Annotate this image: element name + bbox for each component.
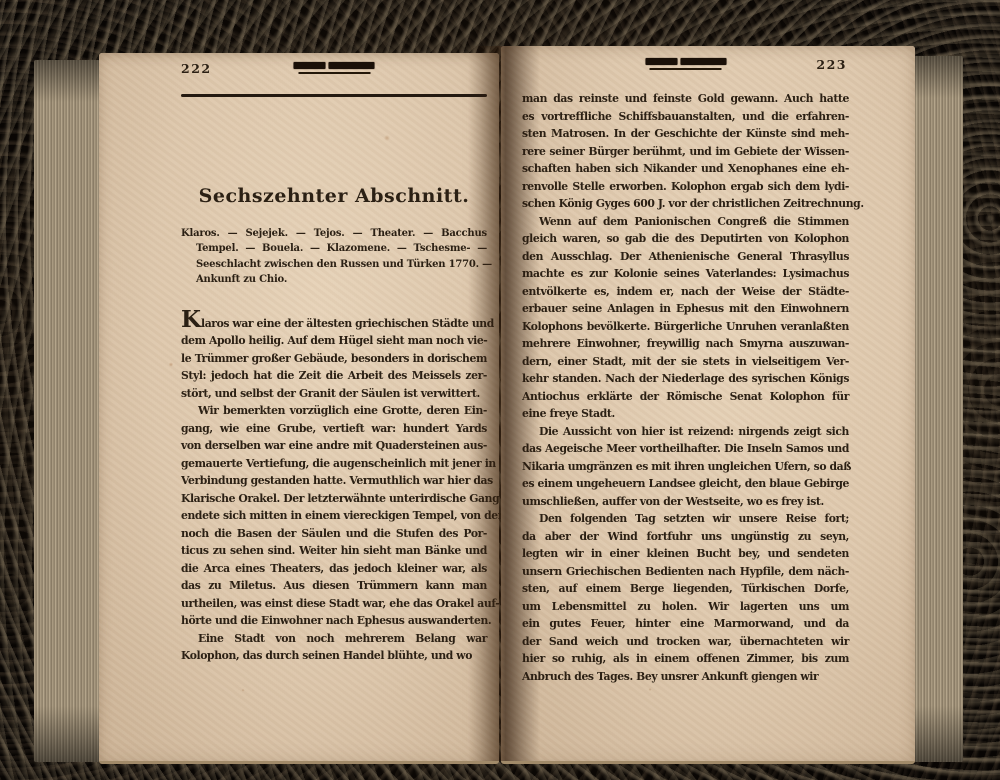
text-line: urtheilen, was einst diese Stadt war, eh…	[181, 595, 487, 613]
text-line: Wir bemerkten vorzüglich eine Grotte, de…	[181, 402, 487, 420]
text-line: von derselben war eine andre mit Quaders…	[181, 437, 487, 455]
running-head-redaction	[645, 58, 726, 70]
text-line: noch die Basen der Säulen und die Stufen…	[181, 525, 487, 543]
text-line: man das reinste und feinste Gold gewann.…	[522, 90, 849, 108]
text-line: unsern Griechischen Bedienten nach Hypfi…	[522, 563, 849, 581]
text-line: Anbruch des Tages. Bey unsrer Ankunft gi…	[522, 668, 849, 686]
text-line: legten wir in einer kleinen Bucht bey, u…	[522, 545, 849, 563]
text-line: hörte und die Einwohner nach Ephesus aus…	[181, 612, 487, 630]
text-line: le Trümmer großer Gebäude, besonders in …	[181, 350, 487, 368]
text-line: schaften haben sich Nikander und Xenopha…	[522, 160, 849, 178]
text-line: es vortreffliche Schiffsbauanstalten, un…	[522, 108, 849, 126]
paragraph: Wenn auf dem Panionischen Congreß die St…	[522, 213, 849, 423]
text-line: dern, einer Stadt, mit der sie stets in …	[522, 353, 849, 371]
text-line: eine freye Stadt.	[522, 405, 849, 423]
right-page-header: 223	[522, 57, 849, 77]
redaction-bars	[645, 58, 726, 65]
text-line: die Arca eines Theaters, das jedoch klei…	[181, 560, 487, 578]
redaction-underline	[650, 68, 722, 70]
text-line: rere seiner Bürger berühmt, und im Gebie…	[522, 143, 849, 161]
paragraph: man das reinste und feinste Gold gewann.…	[522, 90, 849, 213]
text-line: gemauerte Vertiefung, die augenscheinlic…	[181, 455, 487, 473]
text-line: Klaros. — Sejejek. — Tejos. — Theater. —…	[181, 226, 487, 242]
paragraph: Den folgenden Tag setzten wir unsere Rei…	[522, 510, 849, 685]
text-line: Antiochus erklärte der Römische Senat Ko…	[522, 388, 849, 406]
text-line: hier so ruhig, als in einem offenen Zimm…	[522, 650, 849, 668]
paragraph: Wir bemerkten vorzüglich eine Grotte, de…	[181, 402, 487, 630]
text-line: um Lebensmittel zu holen. Wir lagerten u…	[522, 598, 849, 616]
text-line: Kolophons bevölkerte. Bürgerliche Unruhe…	[522, 318, 849, 336]
header-rule	[181, 94, 487, 97]
text-line: Ankunft zu Chio.	[181, 272, 487, 288]
left-page-header: 222	[181, 61, 487, 81]
text-line: Tempel. — Bouela. — Klazomene. — Tschesm…	[181, 241, 487, 257]
page-number: 223	[816, 57, 847, 72]
paragraph: Die Aussicht von hier ist reizend: nirge…	[522, 423, 849, 511]
text-line: Die Aussicht von hier ist reizend: nirge…	[522, 423, 849, 441]
text-line: gang, wie eine Grube, vertieft war: hund…	[181, 420, 487, 438]
text-line: Klarische Orakel. Der letzterwähnte unte…	[181, 490, 487, 508]
paragraph: Eine Stadt von noch mehrerem Belang warK…	[181, 630, 487, 665]
text-line: machte es zur Kolonie seines Vaterlandes…	[522, 265, 849, 283]
left-page-content: 222 Sechszehnter Abschnitt. Klaros. — Se…	[181, 61, 487, 665]
page-edges-left	[34, 60, 100, 762]
text-line: Eine Stadt von noch mehrerem Belang war	[181, 630, 487, 648]
text-line: Verbindung gestanden hatte. Vermuthlich …	[181, 472, 487, 490]
paragraph: Klaros war eine der ältesten griechische…	[181, 315, 487, 403]
text-line: umschließen, auffer von der Westseite, w…	[522, 493, 849, 511]
text-line: mehrere Einwohner, freywillig nach Smyrn…	[522, 335, 849, 353]
text-line: renvolle Stelle erworben. Kolophon ergab…	[522, 178, 849, 196]
text-line: Kolophon, das durch seinen Handel blühte…	[181, 647, 487, 665]
text-line: endete sich mitten in einem viereckigen …	[181, 507, 487, 525]
text-line: ein gutes Feuer, hinter eine Marmorwand,…	[522, 615, 849, 633]
running-head-redaction	[294, 62, 375, 74]
text-line: der Sand weich und trocken war, übernach…	[522, 633, 849, 651]
text-line: das zu Miletus. Aus diesen Trümmern kann…	[181, 577, 487, 595]
text-line: schen König Gyges 600 J. vor der christl…	[522, 195, 849, 213]
text-line: sten Matrosen. In der Geschichte der Kün…	[522, 125, 849, 143]
redaction-bar	[294, 62, 326, 69]
right-page: 223 man das reinste und feinste Gold gew…	[501, 46, 915, 764]
redaction-bar	[329, 62, 375, 69]
text-line: stört, und selbst der Granit der Säulen …	[181, 385, 487, 403]
text-line: sten, auf einem Berge liegenden, Türkisc…	[522, 580, 849, 598]
redaction-bar	[645, 58, 677, 65]
text-line: es einem ungeheuern Landsee gleicht, den…	[522, 475, 849, 493]
text-line: Den folgenden Tag setzten wir unsere Rei…	[522, 510, 849, 528]
text-line: ticus zu sehen sind. Weiter hin sieht ma…	[181, 542, 487, 560]
chapter-summary: Klaros. — Sejejek. — Tejos. — Theater. —…	[181, 226, 487, 288]
left-page-body: Klaros war eine der ältesten griechische…	[181, 315, 487, 665]
text-line: den Ausschlag. Der Athenienische General…	[522, 248, 849, 266]
page-number: 222	[181, 61, 212, 76]
page-edges-right	[913, 56, 963, 762]
text-line: Klaros war eine der ältesten griechische…	[181, 315, 487, 333]
text-line: entvölkerte es, indem er, nach der Weise…	[522, 283, 849, 301]
redaction-bars	[294, 62, 375, 69]
text-line: dem Apollo heilig. Auf dem Hügel sieht m…	[181, 332, 487, 350]
text-line: das Aegeische Meer vortheilhafter. Die I…	[522, 440, 849, 458]
text-line: Nikaria umgränzen es mit ihren ungleiche…	[522, 458, 849, 476]
right-page-body: man das reinste und feinste Gold gewann.…	[522, 90, 849, 685]
left-page: 222 Sechszehnter Abschnitt. Klaros. — Se…	[99, 53, 499, 764]
text-line: Seeschlacht zwischen den Russen und Türk…	[181, 257, 487, 273]
book-photograph: 222 Sechszehnter Abschnitt. Klaros. — Se…	[0, 0, 1000, 780]
text-line: gleich waren, so gab die des Deputirten …	[522, 230, 849, 248]
right-page-content: 223 man das reinste und feinste Gold gew…	[522, 57, 849, 685]
text-line: da aber der Wind fortfuhr uns ungünstig …	[522, 528, 849, 546]
text-line: Styl: jedoch hat die Zeit die Arbeit des…	[181, 367, 487, 385]
text-line: kehr standen. Nach der Niederlage des sy…	[522, 370, 849, 388]
chapter-heading: Sechszehnter Abschnitt.	[181, 185, 487, 207]
redaction-underline	[298, 72, 370, 74]
redaction-bar	[680, 58, 726, 65]
text-line: erbauer seine Anlagen in Ephesus mit den…	[522, 300, 849, 318]
text-line: Wenn auf dem Panionischen Congreß die St…	[522, 213, 849, 231]
